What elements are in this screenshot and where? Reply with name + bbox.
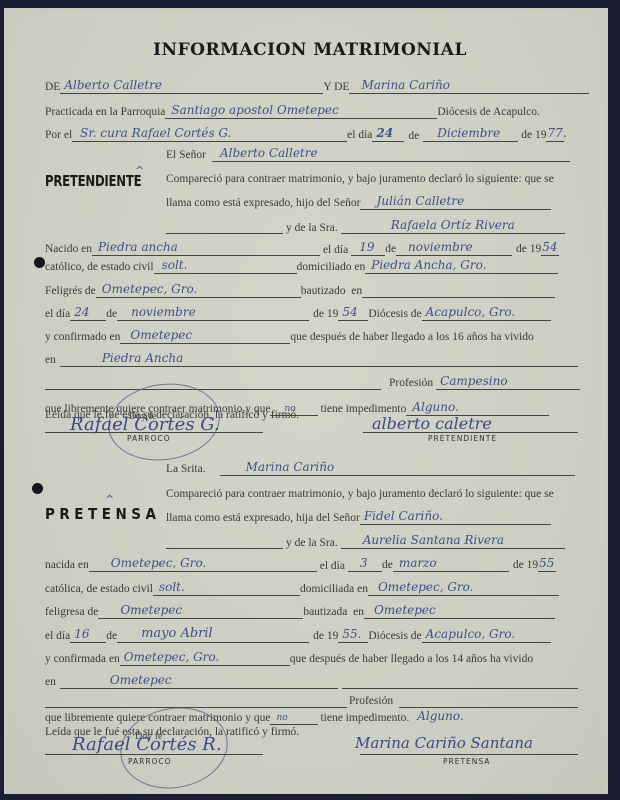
bride-birthplace-field[interactable]: Ometepec, Gro. [89, 555, 317, 572]
row-feligres: Feligrés de Ometepec, Gro. bautizado en [45, 280, 555, 298]
row-sra-2: y de la Sra. Aurelia Santana Rivera [166, 531, 565, 549]
bride-baptism-year-field[interactable]: 55. [338, 626, 368, 643]
parroco-signature: Rafael Cortés R. [72, 734, 222, 755]
section-pretendiente: PRETENDIENTE [45, 172, 141, 190]
row-comparecio-2: Compareció para contraer matrimonio, y b… [166, 483, 554, 501]
bride-baptism-day-field[interactable]: 16 [70, 626, 106, 643]
groom-father-field[interactable]: Julián Calletre [360, 193, 551, 210]
bride-parish-field[interactable]: Ometepec [98, 602, 303, 619]
parroco-signature-line [45, 432, 263, 433]
bride-confirmation-field[interactable]: Ometepec, Gro. [120, 649, 290, 666]
row-senor: El Señor Alberto Calletre [166, 144, 570, 162]
document-title: INFORMACION MATRIMONIAL [0, 40, 620, 60]
groom-birth-year-field[interactable]: 54 [541, 239, 559, 256]
section-pretensa: PRETENSA [45, 505, 160, 523]
parroquia-field[interactable]: Santiago apostol Ometepec [165, 102, 437, 119]
punch-hole [32, 483, 43, 494]
header-year-field[interactable]: 77. [546, 125, 564, 142]
bride-birth-year-field[interactable]: 55 [538, 555, 556, 572]
groom-birthplace-field[interactable]: Piedra ancha [92, 239, 320, 256]
bride-blank-line[interactable] [45, 691, 347, 708]
bride-profession-field[interactable] [399, 691, 578, 708]
groom-birth-day-field[interactable]: 19 [351, 239, 385, 256]
row-catolica: católica, de estado civil solt. domicili… [45, 578, 559, 596]
parroco-label: PARROCO [128, 757, 172, 766]
groom-confirmation-field[interactable]: Ometepec [120, 327, 290, 344]
row-sra: y de la Sra. Rafaela Ortíz Rivera [166, 216, 565, 234]
bride-father-field[interactable]: Fidel Cariño. [360, 508, 551, 525]
groom-name-field[interactable]: Alberto Calletre [60, 77, 323, 94]
groom-field[interactable]: Alberto Calletre [212, 145, 570, 162]
groom-lived-field[interactable]: Piedra Ancha [60, 350, 578, 367]
bride-name-field[interactable]: Marina Cariño [349, 77, 589, 94]
row-parroquia: Practicada en la Parroquia Santiago apos… [45, 101, 540, 119]
pretensa-signature-line [360, 754, 578, 755]
row-comparecio-1: Compareció para contraer matrimonio, y b… [166, 168, 554, 186]
bride-residence-field[interactable]: Ometepec, Gro. [368, 579, 559, 596]
groom-baptism-year-field[interactable]: 54 [338, 304, 368, 321]
row-nacida: nacida en Ometepec, Gro. el día 3 de mar… [45, 554, 556, 572]
bride-birth-day-field[interactable]: 3 [348, 555, 382, 572]
row-vivido: en Piedra Ancha [45, 349, 578, 367]
bride-civil-status-field[interactable]: solt. [153, 579, 300, 596]
pretendiente-signature-line [363, 432, 578, 433]
bride-lived-field-2[interactable] [342, 672, 578, 689]
bride-diocese-field[interactable]: Acapulco, Gro. [422, 626, 551, 643]
row-profesion-2: Profesión [45, 690, 578, 708]
bride-impediment-value: Alguno. [417, 709, 463, 723]
groom-baptism-place-field[interactable] [362, 281, 555, 298]
bride-baptism-month-field[interactable]: mayo Abril [117, 626, 309, 643]
bride-birth-month-field[interactable]: marzo [393, 555, 509, 572]
parroco-label: PARROCO [127, 434, 171, 443]
row-nacido: Nacido en Piedra ancha el día 19 de novi… [45, 238, 559, 256]
row-srita: La Srita. Marina Cariño [166, 458, 575, 476]
row-confirmada: y confirmada en Ometepec, Gro. que despu… [45, 648, 533, 666]
bride-lived-field[interactable]: Ometepec [60, 672, 338, 689]
bride-field[interactable]: Marina Cariño [220, 459, 575, 476]
header-month-field[interactable]: Diciembre [423, 125, 518, 142]
groom-baptism-day-field[interactable]: 24 [70, 304, 106, 321]
row-hija: llama como está expresado, hija del Seño… [166, 507, 551, 525]
groom-parish-field[interactable]: Ometepec, Gro. [96, 281, 301, 298]
officiant-field[interactable]: Sr. cura Rafael Cortés G. [72, 125, 347, 142]
row-por-el: Por el Sr. cura Rafael Cortés G. el día … [45, 124, 564, 142]
parroco-signature-line [45, 754, 263, 755]
row-vivida: en Ometepec [45, 671, 578, 689]
groom-baptism-month-field[interactable]: noviembre [117, 304, 309, 321]
row-hijo: llama como está expresado, hijo del Seño… [166, 192, 551, 210]
pretensa-signature: Marina Cariño Santana [355, 734, 533, 752]
groom-civil-status-field[interactable]: solt. [154, 257, 297, 274]
groom-mother-prefix-field[interactable] [166, 217, 283, 234]
bride-mother-prefix-field[interactable] [166, 532, 283, 549]
row-feligresa: feligresa de Ometepec bautizada en Omete… [45, 601, 555, 619]
groom-birth-month-field[interactable]: noviembre [396, 239, 512, 256]
row-catolico: católico, de estado civil solt. domicili… [45, 256, 558, 274]
pretensa-label: PRETENSA [443, 757, 490, 766]
bride-mother-field[interactable]: Aurelia Santana Rivera [341, 532, 565, 549]
pretendiente-label: PRETENDIENTE [428, 434, 497, 443]
bride-baptism-place-field[interactable]: Ometepec [364, 602, 555, 619]
row-confirmado: y confirmado en Ometepec que después de … [45, 326, 534, 344]
groom-mother-field[interactable]: Rafaela Ortíz Rivera [341, 217, 565, 234]
punch-hole [34, 257, 45, 268]
row-bautizo-fecha-2: el día 16 de mayo Abril de 19 55. Dióces… [45, 625, 551, 643]
header-day-field[interactable]: 24 [372, 125, 404, 142]
row-de: DE Alberto Calletre Y DE Marina Cariño [45, 76, 589, 94]
pretendiente-signature: alberto caletre [372, 414, 492, 433]
row-bautizo-fecha: el día 24 de noviembre de 19 54 Diócesis… [45, 303, 551, 321]
groom-residence-field[interactable]: Piedra Ancha, Gro. [365, 257, 558, 274]
groom-diocese-field[interactable]: Acapulco, Gro. [422, 304, 551, 321]
